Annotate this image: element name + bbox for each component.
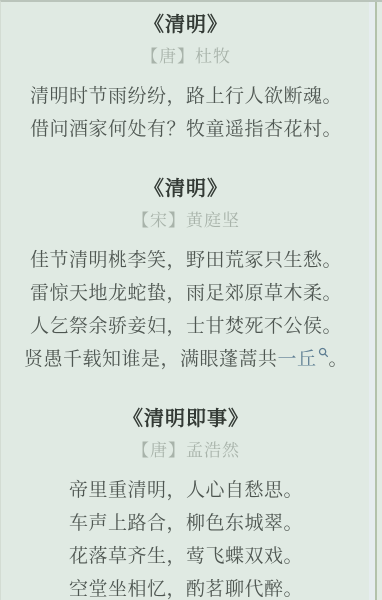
poem-line: 空堂坐相忆，酌茗聊代醉。 <box>1 573 371 600</box>
poem-line: 贤愚千载知谁是，满眼蓬蒿共一丘。 <box>1 343 371 376</box>
poem-line: 人乞祭余骄妾妇，士甘焚死不公侯。 <box>1 310 371 343</box>
poem-line: 雷惊天地龙蛇蛰，雨足郊原草木柔。 <box>1 277 371 310</box>
poem-line: 花落草齐生，莺飞蝶双戏。 <box>1 540 371 573</box>
poems-list: 《清明》【唐】杜牧清明时节雨纷纷，路上行人欲断魂。借问酒家何处有？牧童遥指杏花村… <box>1 12 371 600</box>
poem-line: 佳节清明桃李笑，野田荒冢只生愁。 <box>1 244 371 277</box>
poem-title: 《清明即事》 <box>1 406 371 432</box>
poem-title: 《清明》 <box>1 176 371 202</box>
poem-author: 【唐】孟浩然 <box>1 440 371 462</box>
page-edge-decoration <box>369 2 382 600</box>
poem-title: 《清明》 <box>1 12 371 38</box>
poem-section: 《清明》【宋】黄庭坚佳节清明桃李笑，野田荒冢只生愁。雷惊天地龙蛇蛰，雨足郊原草木… <box>1 176 371 376</box>
poem-line: 借问酒家何处有？牧童遥指杏花村。 <box>1 113 371 146</box>
poetry-page: 《清明》【唐】杜牧清明时节雨纷纷，路上行人欲断魂。借问酒家何处有？牧童遥指杏花村… <box>0 0 382 600</box>
poem-author: 【唐】杜牧 <box>1 46 371 68</box>
poem-line-text: 贤愚千载知谁是，满眼蓬蒿共 <box>24 349 278 370</box>
reference-link[interactable]: 一丘 <box>277 349 316 370</box>
poem-line: 车声上路合，柳色东城翠。 <box>1 507 371 540</box>
search-icon[interactable] <box>318 347 329 358</box>
poem-line-text: 。 <box>329 349 349 370</box>
poem-section: 《清明》【唐】杜牧清明时节雨纷纷，路上行人欲断魂。借问酒家何处有？牧童遥指杏花村… <box>1 12 371 146</box>
poem-line: 清明时节雨纷纷，路上行人欲断魂。 <box>1 80 371 113</box>
poem-author: 【宋】黄庭坚 <box>1 210 371 232</box>
poem-section: 《清明即事》【唐】孟浩然帝里重清明，人心自愁思。车声上路合，柳色东城翠。花落草齐… <box>1 406 371 600</box>
poem-line: 帝里重清明，人心自愁思。 <box>1 474 371 507</box>
